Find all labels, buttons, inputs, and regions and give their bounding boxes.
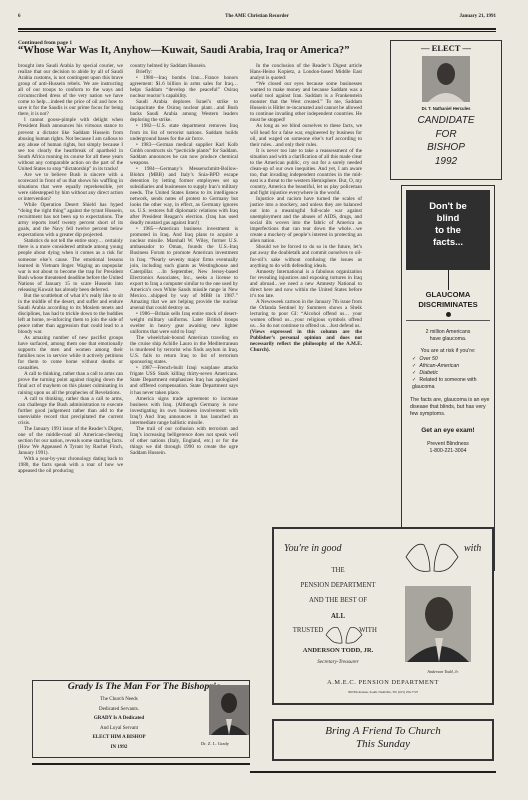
risk-item: ✓Diabetic <box>412 370 494 377</box>
paragraph: • 1987—French-built Iraqi warplane attac… <box>130 365 238 395</box>
ad-line: Dedicated Servants. <box>53 705 185 715</box>
prevent-blindness-contact: Prevent Blindness 1-800-221-3004 <box>402 441 494 455</box>
pension-with-text: with <box>464 543 481 554</box>
stat-line: 2 million Americans <box>402 329 494 336</box>
article-headline: “Whose War Was It, Anyhow—Kuwait, Saudi … <box>18 45 350 56</box>
header-rule-thin <box>18 31 496 32</box>
newspaper-page: 6 The AME Christian Recorder January 21,… <box>0 0 528 800</box>
paragraph: • 1985—American business investment is p… <box>130 226 238 311</box>
paragraph: A Newsweek cartoon in the January 7th is… <box>250 299 362 329</box>
pension-line: ALL <box>274 613 402 620</box>
glaucoma-ad: Don't be blind to the facts... GLAUCOMA … <box>401 185 495 571</box>
checkmark-icon: ✓ <box>412 377 416 383</box>
publication-name: The AME Christian Recorder <box>18 14 496 19</box>
article-column-3: In the conclusion of the Reader’s Digest… <box>250 63 362 353</box>
connector-line <box>448 270 449 290</box>
portrait-icon <box>209 685 249 735</box>
grady-caption: Dr. Z. L. Grady <box>201 741 229 746</box>
pension-you-text: You're in good <box>284 543 342 554</box>
portrait-icon <box>422 56 470 102</box>
divider <box>406 320 490 321</box>
risk-intro: You are at risk if you're: <box>402 348 494 354</box>
eye-exam-cta: Get an eye exam! <box>402 427 494 434</box>
ad-line: GRADY Is A Dedicated <box>53 714 185 724</box>
paragraph: “We closed our eyes because some busines… <box>250 81 362 123</box>
treasurer-name: ANDERSON TODD, JR. <box>274 647 402 654</box>
paragraph: The January 1991 issue of the Reader’s D… <box>18 426 123 456</box>
glaucoma-facts: The facts are, glaucoma is an eye diseas… <box>410 397 494 418</box>
ad-line: IN 1992 <box>53 743 185 753</box>
slogan-line: FOR <box>391 128 501 142</box>
paragraph: As long as we blind ourselves to these f… <box>250 123 362 147</box>
phone-number: 1-800-221-3004 <box>402 448 494 455</box>
paragraph: • 1980—Iraq bombs Iran…France honors agr… <box>130 75 238 99</box>
paragraph: brought into Saudi Arabia by special cou… <box>18 63 123 117</box>
paragraph: • 1983—German medical supplier Karl Kolb… <box>130 142 238 166</box>
checkmark-icon: ✓ <box>412 356 416 362</box>
pension-line: PENSION DEPARTMENT <box>274 582 402 589</box>
paragraph: Saudi Arabia deplores Israel’s strike to… <box>130 99 238 123</box>
headline-line: blind <box>406 213 490 225</box>
paragraph: Injustice and racism have turned the sca… <box>250 196 362 244</box>
paragraph: But the scuttlebutt of what it’s really … <box>18 293 123 335</box>
anderson-todd-photo <box>405 586 471 662</box>
issue-date: January 21, 1991 <box>459 14 496 19</box>
risk-item: ✓African-American <box>412 363 494 370</box>
risk-text: Over 50 <box>419 356 437 362</box>
slogan-line: 1992 <box>391 155 501 169</box>
slogan-line: CANDIDATE <box>391 114 501 128</box>
paragraph: America signs trade agreement to increas… <box>130 396 238 426</box>
header-rule <box>18 28 496 30</box>
pension-dept-name: A.M.E.C. PENSION DEPARTMENT <box>274 679 492 686</box>
headline-line: to the <box>406 225 490 237</box>
pension-department-ad: You're in good with THE PENSION DEPARTME… <box>272 527 494 705</box>
risk-text: African-American <box>419 363 459 369</box>
todd-caption: Anderson Todd, Jr. <box>408 669 478 674</box>
glaucoma-subheadline: GLAUCOMA DISCRIMINATES <box>402 290 494 310</box>
candidate-photo <box>422 56 470 102</box>
stat-line: have glaucoma. <box>402 336 494 343</box>
glaucoma-stat: 2 million Americans have glaucoma. <box>402 329 494 343</box>
pension-line: THE <box>274 567 402 574</box>
slogan-line: BISHOP <box>391 141 501 155</box>
grady-text: The Church Needs Dedicated Servants. GRA… <box>53 695 185 753</box>
risk-item: ✓Over 50 <box>412 356 494 363</box>
paragraph: • 1986—Britain sells Iraq entire stock o… <box>130 311 238 335</box>
paragraph: It is never too late to take a reassessm… <box>250 148 362 196</box>
open-hands-icon <box>402 535 462 575</box>
pension-line: AND THE BEST OF <box>274 597 402 604</box>
checkmark-icon: ✓ <box>412 363 416 369</box>
risk-list: ✓Over 50 ✓African-American ✓Diabetic ✓Re… <box>412 356 494 391</box>
running-header: 6 The AME Christian Recorder January 21,… <box>18 14 496 24</box>
paragraph: The trail of our collusion with terroris… <box>130 426 238 456</box>
candidate-slogan: CANDIDATE FOR BISHOP 1992 <box>391 114 501 168</box>
grady-photo <box>209 685 249 735</box>
bottom-rule-left <box>32 763 250 765</box>
pension-address: 500 8th Avenue, South, Nashville, TN. (6… <box>274 690 492 694</box>
paragraph: While Operation Desert Shield has hyped … <box>18 202 123 238</box>
risk-text: Diabetic <box>419 370 438 376</box>
paragraph: • 1984—Germany’s Messerschmitt-Bollow-Bl… <box>130 166 238 226</box>
portrait-icon <box>405 586 471 662</box>
glaucoma-headline: Don't be blind to the facts... <box>406 190 490 270</box>
elect-title: — ELECT — <box>391 43 501 53</box>
bring-line: Bring A Friend To Church <box>274 725 492 738</box>
paragraph: A call to thinking, rather than a call t… <box>18 371 123 395</box>
risk-text: Related to someone with glaucoma <box>412 377 476 390</box>
paragraph: Should we be forced to do so in the futu… <box>250 244 362 268</box>
risk-item: ✓Related to someone with glaucoma <box>412 377 494 391</box>
org-name: Prevent Blindness <box>402 441 494 448</box>
paragraph: Are we to believe Bush is sincere with a… <box>18 172 123 202</box>
ad-line: The Church Needs <box>53 695 185 705</box>
paragraph: A call to thinking, rather than a call t… <box>18 396 123 426</box>
sub-line: GLAUCOMA <box>402 290 494 300</box>
dot-icon <box>446 312 451 317</box>
paragraph: With a year-by-year chronology dating ba… <box>18 456 123 474</box>
article-column-1: brought into Saudi Arabia by special cou… <box>18 63 123 474</box>
elect-hercules-ad: — ELECT — Dr. T. Nathaniel Hercules CAND… <box>390 40 502 180</box>
paragraph: Amnesty International is a fabulous orga… <box>250 269 362 299</box>
paragraph: As amazing number of new pacifist groups… <box>18 335 123 371</box>
article-column-2: country helmed by Saddam Hussein. Briefl… <box>130 63 238 456</box>
paragraph: I cannot goose-pimple with delight when … <box>18 117 123 171</box>
checkmark-icon: ✓ <box>412 370 416 376</box>
grady-bishop-ad: Grady Is The Man For The Bishopric The C… <box>32 680 250 758</box>
ad-line: And Loyal Servant <box>53 724 185 734</box>
paragraph: In the conclusion of the Reader’s Digest… <box>250 63 362 81</box>
candidate-name: Dr. T. Nathaniel Hercules <box>391 106 501 111</box>
sub-line: DISCRIMINATES <box>402 300 494 310</box>
bring-a-friend-ad: Bring A Friend To Church This Sunday <box>272 719 494 761</box>
paragraph: • 1982—U.S. state department removes Ira… <box>130 123 238 141</box>
paragraph: The wheelchair-bound American traveling … <box>130 335 238 365</box>
headline-line: facts... <box>406 237 490 249</box>
ad-line: ELECT HIM A BISHOP <box>53 733 185 743</box>
paragraph: Statistics do not tell the entire story…… <box>18 238 123 292</box>
bottom-rule-right <box>250 771 496 773</box>
disclaimer: (Views expressed in this column are the … <box>250 329 362 353</box>
treasurer-title: Secretary-Treasurer <box>274 659 402 665</box>
bring-line: This Sunday <box>274 738 492 751</box>
headline-line: Don't be <box>406 201 490 213</box>
